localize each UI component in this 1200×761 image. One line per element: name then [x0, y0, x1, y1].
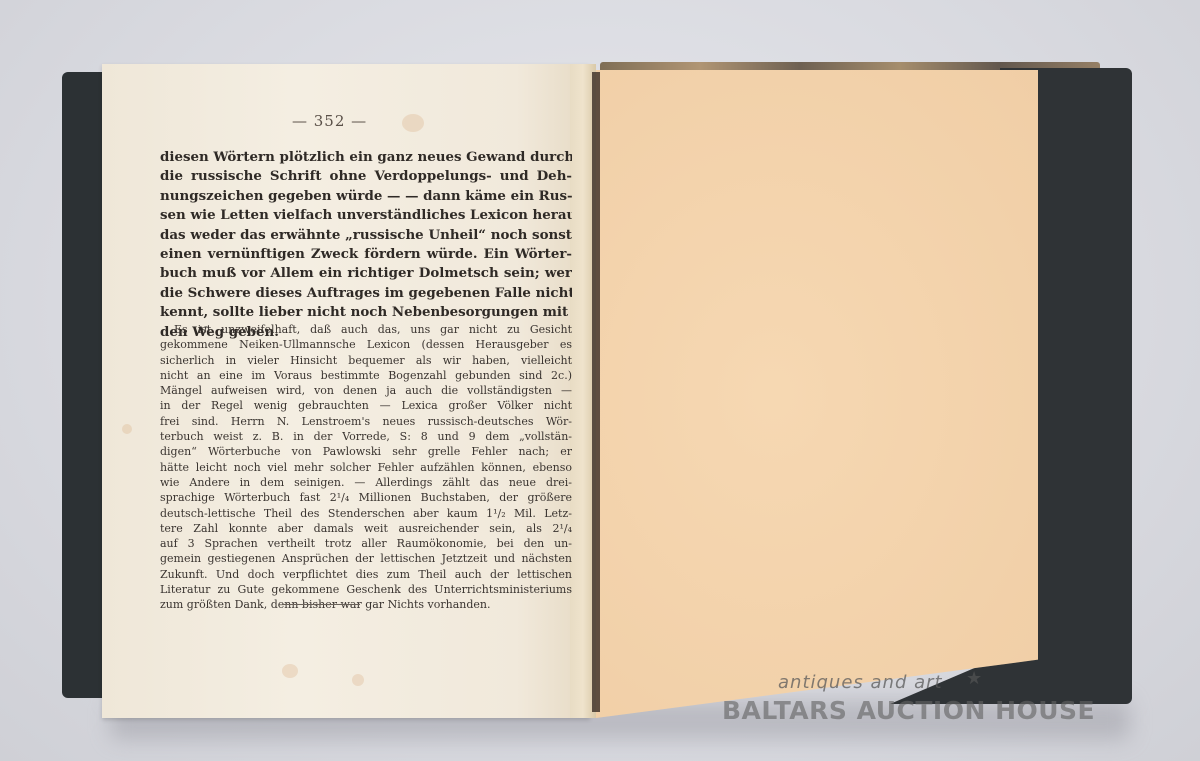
text-line: auf 3 Sprachen vertheilt trotz aller Rau… — [160, 536, 572, 551]
paragraph-1: diesen Wörtern plötzlich ein ganz neues … — [160, 148, 572, 342]
page-number: — 352 — — [292, 112, 367, 130]
text-line: Zukunft. Und doch verpflichtet dies zum … — [160, 567, 572, 582]
text-line: in der Regel wenig gebrauchten — Lexica … — [160, 398, 572, 413]
text-line: hätte leicht noch viel mehr solcher Fehl… — [160, 460, 572, 475]
paragraph-2: Es ist unzweifelhaft, daß auch das, uns … — [160, 322, 572, 613]
text-line: gemein gestiegenen Ansprüchen der lettis… — [160, 551, 572, 566]
text-line: terbuch weist z. B. in der Vorrede, S: 8… — [160, 429, 572, 444]
text-line: sen wie Letten vielfach unverständliches… — [160, 206, 572, 225]
text-line: die russische Schrift ohne Verdoppelungs… — [160, 167, 572, 186]
text-line: sicherlich in vieler Hinsicht bequemer a… — [160, 353, 572, 368]
text-line: buch muß vor Allem ein richtiger Dolmets… — [160, 264, 572, 283]
book-gutter — [592, 72, 600, 712]
text-line: Es ist unzweifelhaft, daß auch das, uns … — [160, 322, 572, 337]
text-line: Literatur zu Gute gekommene Geschenk des… — [160, 582, 572, 597]
text-line: deutsch-lettische Theil des Stenderschen… — [160, 506, 572, 521]
text-line: sprachige Wörterbuch fast 2¹/₄ Millionen… — [160, 490, 572, 505]
text-line: nicht an eine im Voraus bestimmte Bogenz… — [160, 368, 572, 383]
text-line: wie Andere in dem seinigen. — Allerdings… — [160, 475, 572, 490]
text-line: digen“ Wörterbuche von Pawlowski sehr gr… — [160, 444, 572, 459]
text-line: zum größten Dank, denn bisher war gar Ni… — [160, 597, 572, 612]
text-line: nungszeichen gegeben würde — — dann käme… — [160, 187, 572, 206]
text-line: gekommene Neiken-Ullmannsche Lexicon (de… — [160, 337, 572, 352]
section-separator-rule — [282, 604, 360, 605]
text-line: frei sind. Herrn N. Lenstroem's neues ru… — [160, 414, 572, 429]
text-line: einen vernünftigen Zweck fördern würde. … — [160, 245, 572, 264]
right-page-tint — [596, 70, 1038, 718]
text-line: die Schwere dieses Auftrages im gegebene… — [160, 284, 572, 303]
text-line: Mängel aufweisen wird, von denen ja auch… — [160, 383, 572, 398]
text-line: das weder das erwähnte „russische Unheil… — [160, 226, 572, 245]
text-line: kennt, sollte lieber nicht noch Nebenbes… — [160, 303, 572, 322]
text-line: diesen Wörtern plötzlich ein ganz neues … — [160, 148, 572, 167]
text-line: tere Zahl konnte aber damals weit ausrei… — [160, 521, 572, 536]
